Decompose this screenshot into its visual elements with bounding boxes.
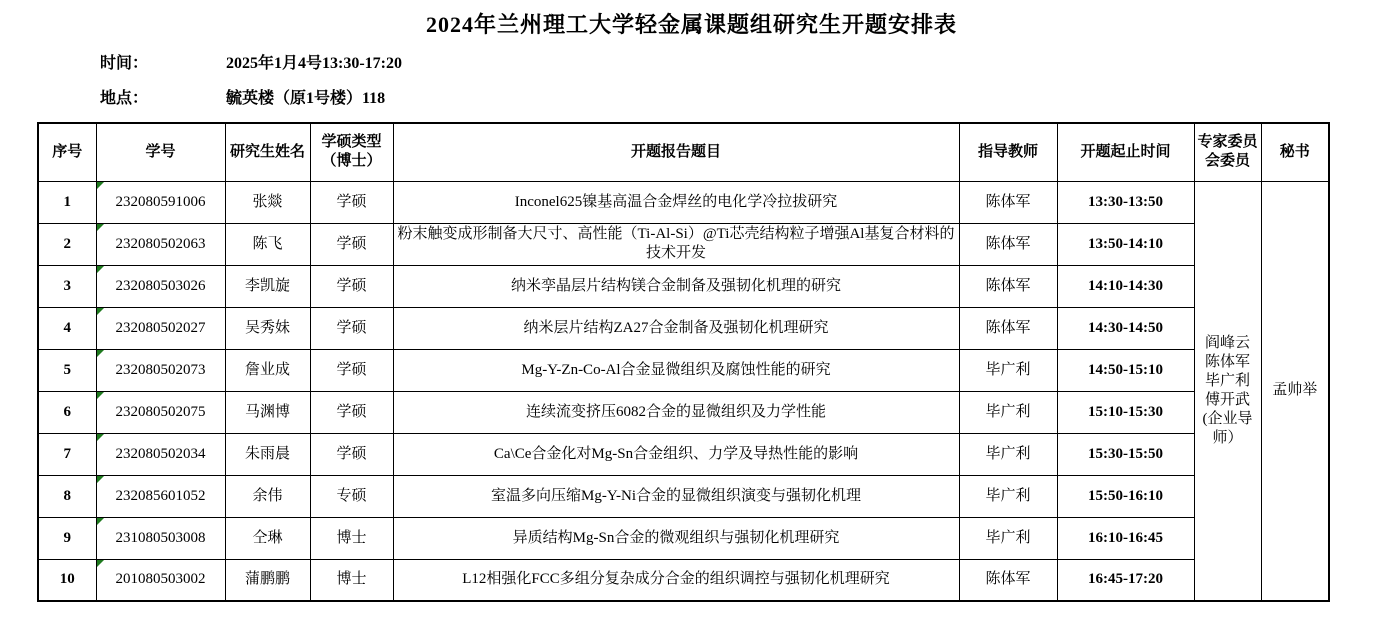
degree-type: 专硕 — [310, 475, 393, 517]
topic: 异质结构Mg-Sn合金的微观组织与强韧化机理研究 — [393, 517, 959, 559]
student-id: 232080503026 — [116, 278, 206, 294]
advisor: 毕广利 — [959, 391, 1057, 433]
header-time: 开题起止时间 — [1057, 123, 1194, 181]
topic: 室温多向压缩Mg-Y-Ni合金的显微组织演变与强韧化机理 — [393, 475, 959, 517]
student-name: 吴秀妹 — [225, 307, 310, 349]
header-advisor: 指导教师 — [959, 123, 1057, 181]
degree-type: 博士 — [310, 559, 393, 601]
degree-type: 学硕 — [310, 391, 393, 433]
secretary: 孟帅举 — [1261, 181, 1329, 601]
degree-type: 博士 — [310, 517, 393, 559]
cell-error-indicator-icon — [97, 182, 104, 189]
table-row: 2 232080502063 陈飞 学硕 粉末触变成形制备大尺寸、高性能（Ti-… — [38, 223, 1329, 265]
student-id-cell: 232080502075 — [96, 391, 225, 433]
header-secretary: 秘书 — [1261, 123, 1329, 181]
table-row: 4 232080502027 吴秀妹 学硕 纳米层片结构ZA27合金制备及强韧化… — [38, 307, 1329, 349]
student-id-cell: 232080502073 — [96, 349, 225, 391]
time-slot: 15:10-15:30 — [1057, 391, 1194, 433]
student-id-cell: 201080503002 — [96, 559, 225, 601]
table-row: 9 231080503008 仝琳 博士 异质结构Mg-Sn合金的微观组织与强韧… — [38, 517, 1329, 559]
student-name: 马渊博 — [225, 391, 310, 433]
student-name: 陈飞 — [225, 223, 310, 265]
time-slot: 13:50-14:10 — [1057, 223, 1194, 265]
topic: Inconel625镍基高温合金焊丝的电化学冷拉拔研究 — [393, 181, 959, 223]
location-value: 毓英楼（原1号楼）118 — [226, 90, 385, 107]
table-row: 7 232080502034 朱雨晨 学硕 Ca\Ce合金化对Mg-Sn合金组织… — [38, 433, 1329, 475]
student-name: 余伟 — [225, 475, 310, 517]
student-id-cell: 232080503026 — [96, 265, 225, 307]
student-name: 仝琳 — [225, 517, 310, 559]
header-committee: 专家委员会委员 — [1194, 123, 1261, 181]
student-name: 李凯旋 — [225, 265, 310, 307]
student-id: 232080502073 — [116, 362, 206, 378]
student-id: 232080502027 — [116, 320, 206, 336]
student-id: 232080502075 — [116, 404, 206, 420]
advisor: 毕广利 — [959, 433, 1057, 475]
time-slot: 15:30-15:50 — [1057, 433, 1194, 475]
topic: Ca\Ce合金化对Mg-Sn合金组织、力学及导热性能的影响 — [393, 433, 959, 475]
meta-time-line: 时间：2025年1月4号13:30-17:20 — [100, 54, 1383, 74]
student-name: 蒲鹏鹏 — [225, 559, 310, 601]
topic: 粉末触变成形制备大尺寸、高性能（Ti-Al-Si）@Ti芯壳结构粒子增强Al基复… — [393, 223, 959, 265]
student-id-cell: 232080591006 — [96, 181, 225, 223]
advisor: 毕广利 — [959, 517, 1057, 559]
header-topic: 开题报告题目 — [393, 123, 959, 181]
cell-error-indicator-icon — [97, 518, 104, 525]
student-id: 232080502063 — [116, 236, 206, 252]
advisor: 陈体军 — [959, 307, 1057, 349]
row-no: 1 — [38, 181, 96, 223]
cell-error-indicator-icon — [97, 308, 104, 315]
header-no: 序号 — [38, 123, 96, 181]
cell-error-indicator-icon — [97, 476, 104, 483]
advisor: 陈体军 — [959, 181, 1057, 223]
table-row: 3 232080503026 李凯旋 学硕 纳米孪晶层片结构镁合金制备及强韧化机… — [38, 265, 1329, 307]
cell-error-indicator-icon — [97, 266, 104, 273]
student-name: 张燚 — [225, 181, 310, 223]
student-id-cell: 232080502063 — [96, 223, 225, 265]
header-student-id: 学号 — [96, 123, 225, 181]
student-id: 232080502034 — [116, 446, 206, 462]
cell-error-indicator-icon — [97, 560, 104, 567]
row-no: 6 — [38, 391, 96, 433]
topic: Mg-Y-Zn-Co-Al合金显微组织及腐蚀性能的研究 — [393, 349, 959, 391]
degree-type: 学硕 — [310, 181, 393, 223]
time-slot: 16:10-16:45 — [1057, 517, 1194, 559]
advisor: 陈体军 — [959, 265, 1057, 307]
row-no: 2 — [38, 223, 96, 265]
degree-type: 学硕 — [310, 307, 393, 349]
topic: 纳米层片结构ZA27合金制备及强韧化机理研究 — [393, 307, 959, 349]
location-label: 地点： — [100, 89, 226, 109]
table-row: 1 232080591006 张燚 学硕 Inconel625镍基高温合金焊丝的… — [38, 181, 1329, 223]
advisor: 陈体军 — [959, 223, 1057, 265]
student-id-cell: 232085601052 — [96, 475, 225, 517]
advisor: 陈体军 — [959, 559, 1057, 601]
student-id-cell: 232080502034 — [96, 433, 225, 475]
degree-type: 学硕 — [310, 433, 393, 475]
time-slot: 14:30-14:50 — [1057, 307, 1194, 349]
student-id-cell: 231080503008 — [96, 517, 225, 559]
time-label: 时间： — [100, 54, 226, 74]
student-name: 詹业成 — [225, 349, 310, 391]
table-row: 6 232080502075 马渊博 学硕 连续流变挤压6082合金的显微组织及… — [38, 391, 1329, 433]
degree-type: 学硕 — [310, 265, 393, 307]
time-slot: 15:50-16:10 — [1057, 475, 1194, 517]
page-title: 2024年兰州理工大学轻金属课题组研究生开题安排表 — [0, 8, 1383, 39]
table-row: 8 232085601052 余伟 专硕 室温多向压缩Mg-Y-Ni合金的显微组… — [38, 475, 1329, 517]
schedule-table: 序号 学号 研究生姓名 学硕类型（博士） 开题报告题目 指导教师 开题起止时间 … — [37, 122, 1330, 602]
header-degree-type: 学硕类型（博士） — [310, 123, 393, 181]
advisor: 毕广利 — [959, 349, 1057, 391]
header-student-name: 研究生姓名 — [225, 123, 310, 181]
row-no: 3 — [38, 265, 96, 307]
cell-error-indicator-icon — [97, 224, 104, 231]
row-no: 10 — [38, 559, 96, 601]
time-slot: 16:45-17:20 — [1057, 559, 1194, 601]
header-row: 序号 学号 研究生姓名 学硕类型（博士） 开题报告题目 指导教师 开题起止时间 … — [38, 123, 1329, 181]
time-slot: 13:30-13:50 — [1057, 181, 1194, 223]
committee-members: 阎峰云 陈体军 毕广利 傅开武 (企业导师） — [1194, 181, 1261, 601]
time-value: 2025年1月4号13:30-17:20 — [226, 55, 402, 72]
meta-location-line: 地点：毓英楼（原1号楼）118 — [100, 89, 1383, 109]
student-id: 232085601052 — [116, 488, 206, 504]
row-no: 8 — [38, 475, 96, 517]
topic: 纳米孪晶层片结构镁合金制备及强韧化机理的研究 — [393, 265, 959, 307]
degree-type: 学硕 — [310, 223, 393, 265]
table-row: 10 201080503002 蒲鹏鹏 博士 L12相强化FCC多组分复杂成分合… — [38, 559, 1329, 601]
student-name: 朱雨晨 — [225, 433, 310, 475]
row-no: 7 — [38, 433, 96, 475]
table-row: 5 232080502073 詹业成 学硕 Mg-Y-Zn-Co-Al合金显微组… — [38, 349, 1329, 391]
time-slot: 14:10-14:30 — [1057, 265, 1194, 307]
student-id-cell: 232080502027 — [96, 307, 225, 349]
advisor: 毕广利 — [959, 475, 1057, 517]
time-slot: 14:50-15:10 — [1057, 349, 1194, 391]
student-id: 231080503008 — [116, 530, 206, 546]
row-no: 4 — [38, 307, 96, 349]
row-no: 9 — [38, 517, 96, 559]
student-id: 232080591006 — [116, 194, 206, 210]
degree-type: 学硕 — [310, 349, 393, 391]
cell-error-indicator-icon — [97, 350, 104, 357]
cell-error-indicator-icon — [97, 392, 104, 399]
cell-error-indicator-icon — [97, 434, 104, 441]
topic: L12相强化FCC多组分复杂成分合金的组织调控与强韧化机理研究 — [393, 559, 959, 601]
row-no: 5 — [38, 349, 96, 391]
topic: 连续流变挤压6082合金的显微组织及力学性能 — [393, 391, 959, 433]
student-id: 201080503002 — [116, 571, 206, 587]
